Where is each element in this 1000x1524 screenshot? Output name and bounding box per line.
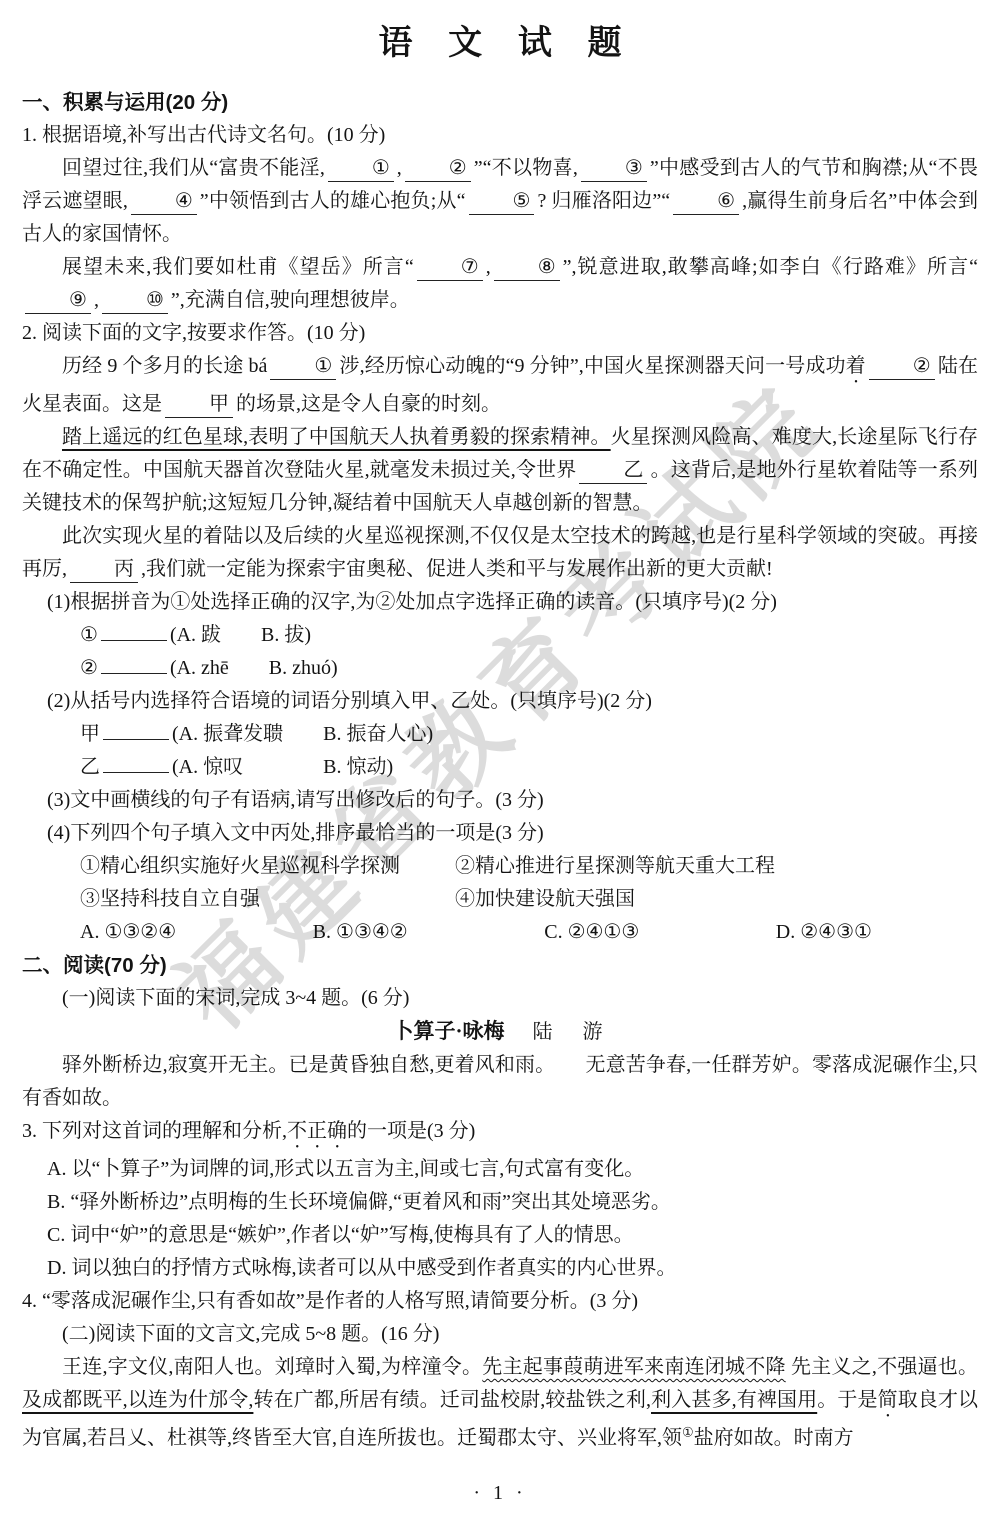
blank-6: ⑥ xyxy=(673,188,739,215)
blank-4: ④ xyxy=(131,188,197,215)
blank-yi: 乙 xyxy=(579,457,647,484)
q3-option-c: C. 词中“妒”的意思是“嫉妒”,作者以“妒”写梅,使梅具有了人的情思。 xyxy=(22,1219,978,1252)
text-segment: 先主起事葭萌进军来南连闭城不降 xyxy=(482,1356,785,1378)
choice-d: D. ②④③① xyxy=(776,916,872,949)
text-segment: 先主义之,不强逼也。 xyxy=(786,1356,978,1378)
answer-blank-2 xyxy=(101,653,167,674)
q2-sub4-option-1: ①精心组织实施好火星巡视科学探测 xyxy=(80,850,450,883)
poem-heading: 卜算子·咏梅陆 游 xyxy=(22,1015,978,1049)
text-segment: 简 xyxy=(878,1389,898,1411)
text-segment: ① xyxy=(682,1424,694,1439)
text-segment: (A. zhē B. zhuó) xyxy=(170,657,338,679)
q3-option-d: D. 词以独白的抒情方式咏梅,读者可以从中感受到作者真实的内心世界。 xyxy=(22,1252,978,1285)
text-segment: 利入甚多,有裨国用 xyxy=(651,1389,817,1411)
text-segment: 王连,字文仪,南阳人也。刘璋时入蜀,为梓潼令。 xyxy=(62,1356,482,1378)
q2-sub1-stem: (1)根据拼音为①处选择正确的汉字,为②处加点字选择正确的读音。(只填序号)(2… xyxy=(22,586,978,619)
blank-jia: 甲 xyxy=(165,391,233,418)
text-segment: 及成都既平,以连为什邡令, xyxy=(22,1389,253,1411)
q2-stem: 2. 阅读下面的文字,按要求作答。(10 分) xyxy=(22,317,978,350)
choice-a: A. ①③②④ xyxy=(80,916,176,949)
text-segment: 的场景,这是令人自豪的时刻。 xyxy=(236,393,501,415)
blank-5: ⑤ xyxy=(469,188,535,215)
choice-b: B. ①③④② xyxy=(313,916,408,949)
q2-sub2-choice-line-jia: 甲(A. 振聋发聩 B. 振奋人心) xyxy=(22,718,978,751)
text-segment: ① xyxy=(80,624,98,646)
text-segment: 踏上遥远的红色星球,表明了中国航天人执着勇毅的探索精神。 xyxy=(62,426,611,448)
q2-sub4-stem: (4)下列四个句子填入文中丙处,排序最恰当的一项是(3 分) xyxy=(22,817,978,850)
q1-stem: 1. 根据语境,补写出古代诗文名句。(10 分) xyxy=(22,119,978,152)
q2-sub1-choice-line-1: ①(A. 跋 B. 拔) xyxy=(22,619,978,652)
poem-text: 驿外断桥边,寂寞开无主。已是黄昏独自愁,更着风和雨。 无意苦争春,一任群芳妒。零… xyxy=(22,1049,978,1115)
q2-sub4-options-row-2: ③坚持科技自立自强 ④加快建设航天强国 xyxy=(22,883,978,916)
text-segment: ”“不以物喜, xyxy=(474,157,578,179)
text-segment: ? 归雁洛阳边”“ xyxy=(537,190,670,212)
text-segment: (A. 惊叹 B. 惊动) xyxy=(172,756,393,778)
q2-passage-para-2: 踏上遥远的红色星球,表明了中国航天人执着勇毅的探索精神。火星探测风险高、难度大,… xyxy=(22,421,978,520)
section-2-heading: 二、阅读(70 分) xyxy=(22,949,978,982)
text-segment: 乙 xyxy=(80,756,100,778)
text-segment: (A. 振聋发聩 B. 振奋人心) xyxy=(172,723,433,745)
blank-bing: 丙 xyxy=(70,556,138,583)
blank-pinyin-2: ② xyxy=(869,353,935,380)
q2-passage-para-3: 此次实现火星的着陆以及后续的火星巡视探测,不仅仅是太空技术的跨越,也是行星科学领… xyxy=(22,520,978,586)
text-segment: , xyxy=(486,256,491,278)
blank-8: ⑧ xyxy=(494,254,560,281)
text-segment: 回望过往,我们从“富贵不能淫, xyxy=(62,157,325,179)
exam-content: 语文试题 一、积累与运用(20 分) 1. 根据语境,补写出古代诗文名句。(10… xyxy=(22,20,978,1455)
blank-2: ② xyxy=(405,155,471,182)
poem-title: 卜算子·咏梅 xyxy=(392,1019,504,1043)
classical-passage: 王连,字文仪,南阳人也。刘璋时入蜀,为梓潼令。先主起事葭萌进军来南连闭城不降 先… xyxy=(22,1351,978,1455)
text-segment: 展望未来,我们要如杜甫《望岳》所言“ xyxy=(62,256,414,278)
text-segment: , xyxy=(397,157,402,179)
q3-option-a: A. 以“卜算子”为词牌的词,形式以五言为主,间或七言,句式富有变化。 xyxy=(22,1153,978,1186)
text-segment: 。于是 xyxy=(817,1389,877,1411)
q2-sub4-options-row-1: ①精心组织实施好火星巡视科学探测 ②精心推进行星探测等航天重大工程 xyxy=(22,850,978,883)
answer-blank-yi xyxy=(103,752,169,773)
blank-1: ① xyxy=(328,155,394,182)
q3-stem: 3. 下列对这首词的理解和分析,不正确的一项是(3 分) xyxy=(22,1115,978,1153)
exam-page: 福建省教育考试院 语文试题 一、积累与运用(20 分) 1. 根据语境,补写出古… xyxy=(0,0,1000,1524)
poem-author: 陆 游 xyxy=(533,1021,608,1043)
blank-7: ⑦ xyxy=(417,254,483,281)
text-segment: ,我们就一定能为探索宇宙奥秘、促进人类和平与发展作出新的更大贡献! xyxy=(141,558,773,580)
text-segment: 盐府如故。时南方 xyxy=(694,1427,854,1449)
q2-sub4-answer-choices: A. ①③②④ B. ①③④② C. ②④①③ D. ②④③① xyxy=(22,916,978,949)
text-segment: 涉,经历惊心动魄的“9 分钟”,中国火星探测器天问一号成功 xyxy=(339,355,845,377)
text-segment: 甲 xyxy=(80,723,100,745)
text-segment: 转在广都,所居有绩。迁司盐校尉,较盐铁之利, xyxy=(253,1389,651,1411)
text-segment: 3. 下列对这首词的理解和分析, xyxy=(22,1120,287,1142)
text-segment: (A. 跋 B. 拔) xyxy=(170,624,311,646)
blank-10: ⑩ xyxy=(102,287,168,314)
text-segment: 历经 9 个多月的长途 bá xyxy=(62,355,267,377)
q2-sub1-choice-line-2: ②(A. zhē B. zhuó) xyxy=(22,652,978,685)
answer-blank-1 xyxy=(101,620,167,641)
blank-pinyin-1: ① xyxy=(270,353,336,380)
blank-9: ⑨ xyxy=(25,287,91,314)
q3-option-b: B. “驿外断桥边”点明梅的生长环境偏僻,“更着风和雨”突出其处境恶劣。 xyxy=(22,1186,978,1219)
page-title: 语文试题 xyxy=(22,20,978,66)
text-segment: ”,锐意进取,敢攀高峰;如李白《行路难》所言“ xyxy=(563,256,978,278)
reading-2-intro: (二)阅读下面的文言文,完成 5~8 题。(16 分) xyxy=(22,1318,978,1351)
q2-passage-para-1: 历经 9 个多月的长途 bá①涉,经历惊心动魄的“9 分钟”,中国火星探测器天问… xyxy=(22,350,978,421)
q2-sub4-option-2: ②精心推进行星探测等航天重大工程 xyxy=(455,855,775,877)
answer-blank-jia xyxy=(103,719,169,740)
text-segment: ② xyxy=(80,657,98,679)
q1-passage-para-1: 回望过往,我们从“富贵不能淫,①,②”“不以物喜,③”中感受到古人的气节和胸襟;… xyxy=(22,152,978,251)
q1-passage-para-2: 展望未来,我们要如杜甫《望岳》所言“⑦,⑧”,锐意进取,敢攀高峰;如李白《行路难… xyxy=(22,251,978,317)
blank-3: ③ xyxy=(581,155,647,182)
text-segment: , xyxy=(94,289,99,311)
reading-1-intro: (一)阅读下面的宋词,完成 3~4 题。(6 分) xyxy=(22,982,978,1015)
text-segment: 不正确 xyxy=(287,1120,347,1142)
q4-stem: 4. “零落成泥碾作尘,只有香如故”是作者的人格写照,请简要分析。(3 分) xyxy=(22,1285,978,1318)
choice-c: C. ②④①③ xyxy=(544,916,639,949)
q2-sub2-choice-line-yi: 乙(A. 惊叹 B. 惊动) xyxy=(22,751,978,784)
section-1-heading: 一、积累与运用(20 分) xyxy=(22,86,978,119)
text-segment: ”,充满自信,驶向理想彼岸。 xyxy=(171,289,410,311)
page-number: · 1 · xyxy=(0,1477,1000,1510)
text-segment: 的一项是(3 分) xyxy=(347,1120,475,1142)
q2-sub3-stem: (3)文中画横线的句子有语病,请写出修改后的句子。(3 分) xyxy=(22,784,978,817)
q2-sub4-option-3: ③坚持科技自立自强 xyxy=(80,883,450,916)
q2-sub2-stem: (2)从括号内选择符合语境的词语分别填入甲、乙处。(只填序号)(2 分) xyxy=(22,685,978,718)
text-segment: 着 xyxy=(846,355,866,377)
q2-sub4-option-4: ④加快建设航天强国 xyxy=(455,888,635,910)
text-segment: ”中领悟到古人的雄心抱负;从“ xyxy=(200,190,466,212)
